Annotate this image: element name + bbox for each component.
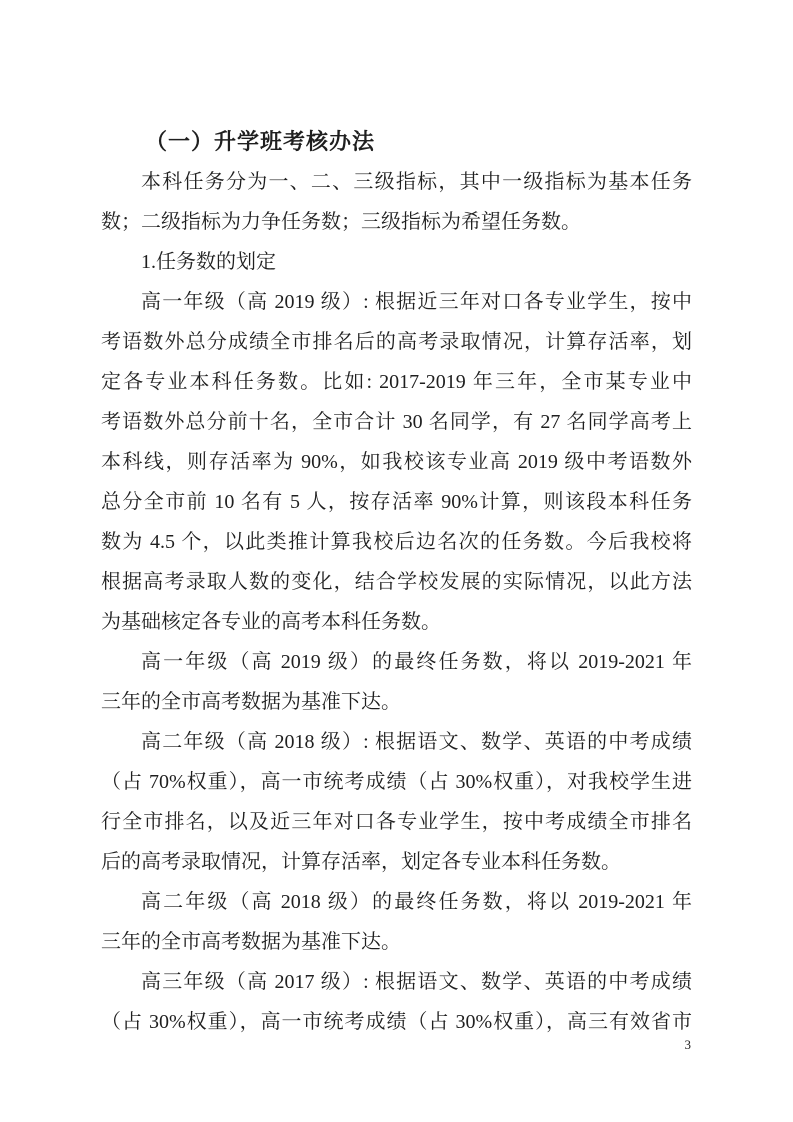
text-line: 高三年级（高 2017 级）: 根据语文、数学、英语的中考成绩 bbox=[101, 962, 692, 1002]
paragraph: 高二年级（高 2018 级）的最终任务数，将以 2019-2021 年三年的全市… bbox=[101, 882, 692, 962]
paragraph: 高二年级（高 2018 级）: 根据语文、数学、英语的中考成绩（占 70%权重）… bbox=[101, 722, 692, 882]
text-line: 高一年级（高 2019 级）: 根据近三年对口各专业学生，按中 bbox=[101, 282, 692, 322]
page-number: 3 bbox=[685, 1036, 692, 1054]
text-line: 定各专业本科任务数。比如: 2017-2019 年三年，全市某专业中 bbox=[101, 362, 692, 402]
document-content: （一）升学班考核办法 本科任务分为一、二、三级指标，其中一级指标为基本任务数；二… bbox=[101, 122, 692, 1042]
text-line: 数；二级指标为力争任务数；三级指标为希望任务数。 bbox=[101, 202, 692, 242]
paragraph: 高一年级（高 2019 级）: 根据近三年对口各专业学生，按中考语数外总分成绩全… bbox=[101, 282, 692, 642]
paragraph: 1.任务数的划定 bbox=[101, 242, 692, 282]
text-line: 高二年级（高 2018 级）的最终任务数，将以 2019-2021 年 bbox=[101, 882, 692, 922]
document-body: 本科任务分为一、二、三级指标，其中一级指标为基本任务数；二级指标为力争任务数；三… bbox=[101, 162, 692, 1042]
text-line: 考语数外总分前十名，全市合计 30 名同学，有 27 名同学高考上 bbox=[101, 402, 692, 442]
text-line: 高一年级（高 2019 级）的最终任务数，将以 2019-2021 年 bbox=[101, 642, 692, 682]
text-line: 数为 4.5 个，以此类推计算我校后边名次的任务数。今后我校将 bbox=[101, 522, 692, 562]
text-line: 1.任务数的划定 bbox=[101, 242, 692, 282]
text-line: 本科线，则存活率为 90%，如我校该专业高 2019 级中考语数外 bbox=[101, 442, 692, 482]
section-heading: （一）升学班考核办法 bbox=[101, 122, 692, 162]
text-line: 本科任务分为一、二、三级指标，其中一级指标为基本任务 bbox=[101, 162, 692, 202]
paragraph: 本科任务分为一、二、三级指标，其中一级指标为基本任务数；二级指标为力争任务数；三… bbox=[101, 162, 692, 242]
text-line: 三年的全市高考数据为基准下达。 bbox=[101, 682, 692, 722]
text-line: 三年的全市高考数据为基准下达。 bbox=[101, 922, 692, 962]
text-line: 后的高考录取情况，计算存活率，划定各专业本科任务数。 bbox=[101, 842, 692, 882]
text-line: （占 70%权重），高一市统考成绩（占 30%权重），对我校学生进 bbox=[101, 762, 692, 802]
text-line: 考语数外总分成绩全市排名后的高考录取情况，计算存活率，划 bbox=[101, 322, 692, 362]
document-page: （一）升学班考核办法 本科任务分为一、二、三级指标，其中一级指标为基本任务数；二… bbox=[0, 0, 793, 1122]
text-line: 行全市排名，以及近三年对口各专业学生，按中考成绩全市排名 bbox=[101, 802, 692, 842]
text-line: 高二年级（高 2018 级）: 根据语文、数学、英语的中考成绩 bbox=[101, 722, 692, 762]
text-line: 根据高考录取人数的变化，结合学校发展的实际情况，以此方法 bbox=[101, 562, 692, 602]
paragraph: 高三年级（高 2017 级）: 根据语文、数学、英语的中考成绩（占 30%权重）… bbox=[101, 962, 692, 1042]
text-line: （占 30%权重），高一市统考成绩（占 30%权重），高三有效省市 bbox=[101, 1002, 692, 1042]
text-line: 总分全市前 10 名有 5 人，按存活率 90%计算，则该段本科任务 bbox=[101, 482, 692, 522]
paragraph: 高一年级（高 2019 级）的最终任务数，将以 2019-2021 年三年的全市… bbox=[101, 642, 692, 722]
text-line: 为基础核定各专业的高考本科任务数。 bbox=[101, 602, 692, 642]
